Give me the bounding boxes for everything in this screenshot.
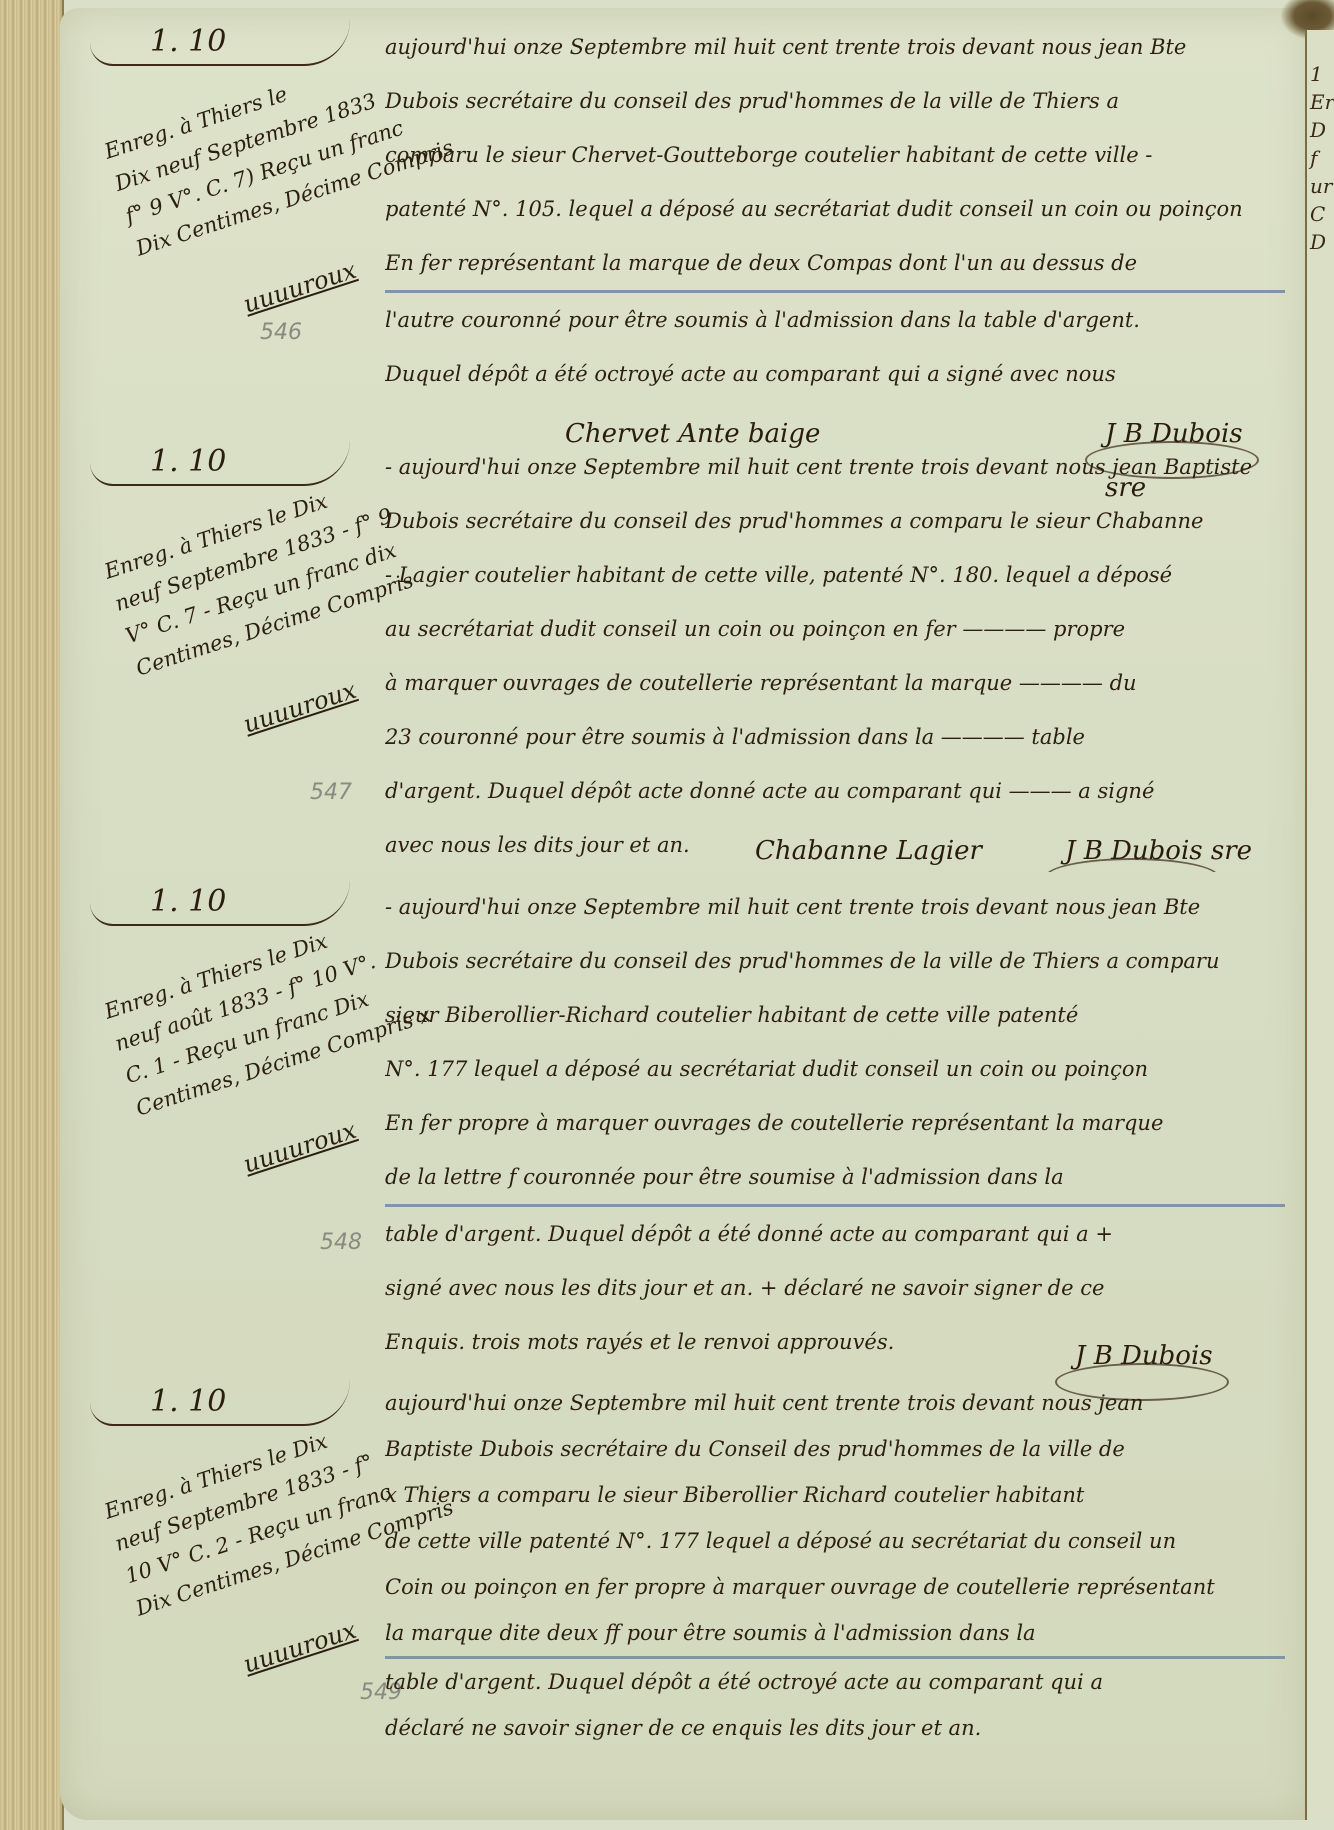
entry-margin: 1. 10 Enreg. à Thiers le Dix neuf Septem… [90,20,420,320]
fee-amount: 1. 10 [90,440,350,486]
pencil-folio-number: 548 [320,1230,362,1255]
adjacent-page-fragments: 1 Er D f ur C D [1310,60,1332,256]
entry-body: - aujourd'hui onze Septembre mil huit ce… [385,880,1285,1439]
book-page-edges [0,0,64,1830]
fee-amount: 1. 10 [90,1380,350,1426]
fee-amount: 1. 10 [90,20,350,66]
entry-margin: 1. 10 Enreg. à Thiers le Dix neuf Septem… [90,440,420,740]
appearer-signature: Chabanne Lagier [755,824,982,872]
pencil-folio-number: 547 [310,780,352,805]
fee-amount: 1. 10 [90,880,350,926]
entry-margin: 1. 10 Enreg. à Thiers le Dix neuf Septem… [90,1380,420,1680]
entry-body: aujourd'hui onze Septembre mil huit cent… [385,1380,1285,1751]
secretary-signature: J B Dubois [1075,1329,1213,1383]
adjacent-page-strip [1305,30,1334,1820]
entry-margin: 1. 10 Enreg. à Thiers le Dix neuf août 1… [90,880,420,1180]
pencil-folio-number: 546 [260,320,302,345]
entry-body: - aujourd'hui onze Septembre mil huit ce… [385,440,1285,872]
entry-body: aujourd'hui onze Septembre mil huit cent… [385,20,1285,471]
secretary-signature: J B Dubois sre [1065,824,1252,872]
